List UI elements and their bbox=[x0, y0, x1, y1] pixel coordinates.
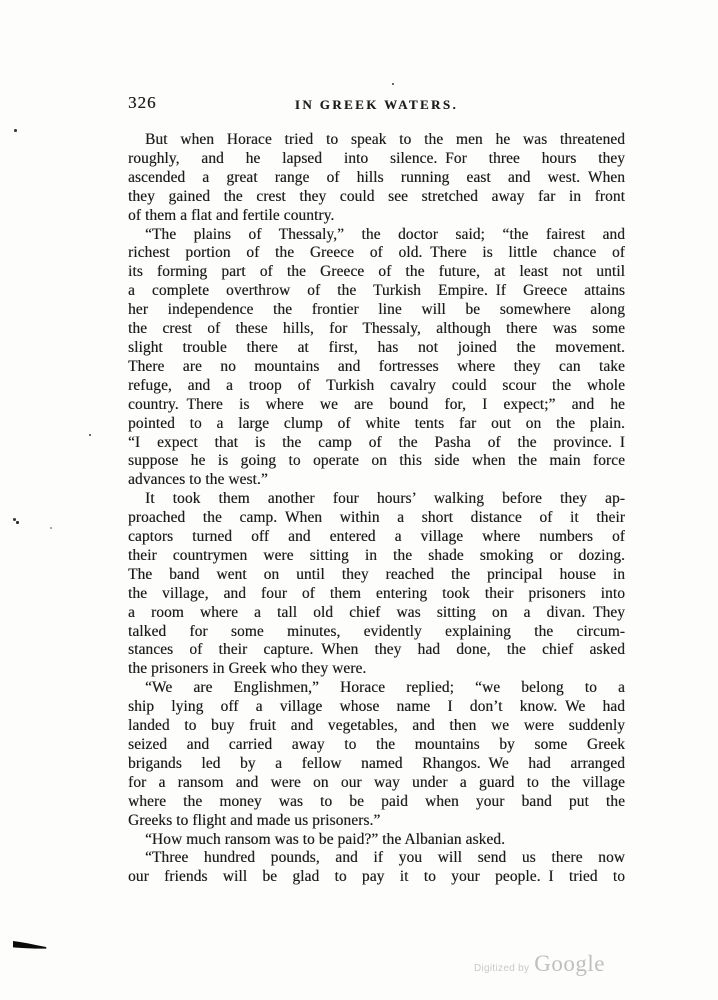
text-line: roughly, and he lapsed into silence. For… bbox=[128, 150, 625, 169]
text-line: ship lying off a village whose name I do… bbox=[128, 698, 625, 717]
ink-speck bbox=[16, 521, 19, 524]
text-line: proached the camp. When within a short d… bbox=[128, 509, 625, 528]
scanned-book-page: 326 IN GREEK WATERS. But when Horace tri… bbox=[0, 0, 718, 1000]
text-line: It took them another four hours’ walking… bbox=[128, 490, 625, 509]
running-title: IN GREEK WATERS. bbox=[128, 97, 625, 113]
text-line: ascended a great range of hills running … bbox=[128, 169, 625, 188]
watermark-text: Digitized by bbox=[474, 963, 529, 974]
text-line: landed to buy fruit and vegetables, and … bbox=[128, 717, 625, 736]
text-line: for a ransom and were on our way under a… bbox=[128, 774, 625, 793]
text-line: There are no mountains and fortresses wh… bbox=[128, 358, 625, 377]
text-line: slight trouble there at first, has not j… bbox=[128, 339, 625, 358]
text-line: “I expect that is the camp of the Pasha … bbox=[128, 434, 625, 453]
text-line: refuge, and a troop of Turkish cavalry c… bbox=[128, 377, 625, 396]
text-line: the village, and four of them entering t… bbox=[128, 585, 625, 604]
text-line: its forming part of the Greece of the fu… bbox=[128, 263, 625, 282]
text-line: advances to the west.” bbox=[128, 471, 625, 490]
text-line: where the money was to be paid when your… bbox=[128, 793, 625, 812]
text-line: suppose he is going to operate on this s… bbox=[128, 452, 625, 471]
text-line: richest portion of the Greece of old. Th… bbox=[128, 244, 625, 263]
text-line: they gained the crest they could see str… bbox=[128, 188, 625, 207]
paragraph: “The plains of Thessaly,” the doctor sai… bbox=[128, 226, 625, 491]
google-logo: Google bbox=[534, 951, 605, 977]
text-line: of them a flat and fertile country. bbox=[128, 207, 625, 226]
text-line: a complete overthrow of the Turkish Empi… bbox=[128, 282, 625, 301]
text-line: brigands led by a fellow named Rhangos. … bbox=[128, 755, 625, 774]
digitized-by-watermark: Digitized by Google bbox=[474, 951, 605, 977]
text-line: a room where a tall old chief was sittin… bbox=[128, 604, 625, 623]
text-line: stances of their capture. When they had … bbox=[128, 641, 625, 660]
text-line: the prisoners in Greek who they were. bbox=[128, 660, 625, 679]
text-line: “Three hundred pounds, and if you will s… bbox=[128, 849, 625, 868]
paragraph: “We are Englishmen,” Horace replied; “we… bbox=[128, 679, 625, 830]
text-line: “The plains of Thessaly,” the doctor sai… bbox=[128, 226, 625, 245]
text-line: seized and carried away to the mountains… bbox=[128, 736, 625, 755]
ink-speck bbox=[89, 434, 91, 436]
text-line: captors turned off and entered a village… bbox=[128, 528, 625, 547]
paragraph: “Three hundred pounds, and if you will s… bbox=[128, 849, 625, 887]
text-line: our friends will be glad to pay it to yo… bbox=[128, 868, 625, 887]
text-line: talked for some minutes, evidently expla… bbox=[128, 623, 625, 642]
paragraph: But when Horace tried to speak to the me… bbox=[128, 131, 625, 226]
text-line: the crest of these hills, for Thessaly, … bbox=[128, 320, 625, 339]
ink-speck bbox=[14, 129, 17, 132]
text-line: country. There is where we are bound for… bbox=[128, 396, 625, 415]
text-line: “We are Englishmen,” Horace replied; “we… bbox=[128, 679, 625, 698]
ink-speck bbox=[13, 518, 16, 521]
text-line: But when Horace tried to speak to the me… bbox=[128, 131, 625, 150]
paragraph: It took them another four hours’ walking… bbox=[128, 490, 625, 679]
text-line: Greeks to flight and made us prisoners.” bbox=[128, 812, 625, 831]
text-line: their countrymen were sitting in the sha… bbox=[128, 547, 625, 566]
page-body: But when Horace tried to speak to the me… bbox=[128, 131, 625, 887]
text-line: The band went on until they reached the … bbox=[128, 566, 625, 585]
text-line: pointed to a large clump of white tents … bbox=[128, 415, 625, 434]
ink-smudge bbox=[13, 939, 49, 950]
paragraph: “How much ransom was to be paid?” the Al… bbox=[128, 831, 625, 850]
text-line: “How much ransom was to be paid?” the Al… bbox=[128, 831, 625, 850]
text-line: her independence the frontier line will … bbox=[128, 301, 625, 320]
ink-speck bbox=[392, 83, 394, 85]
ink-speck bbox=[50, 527, 52, 529]
